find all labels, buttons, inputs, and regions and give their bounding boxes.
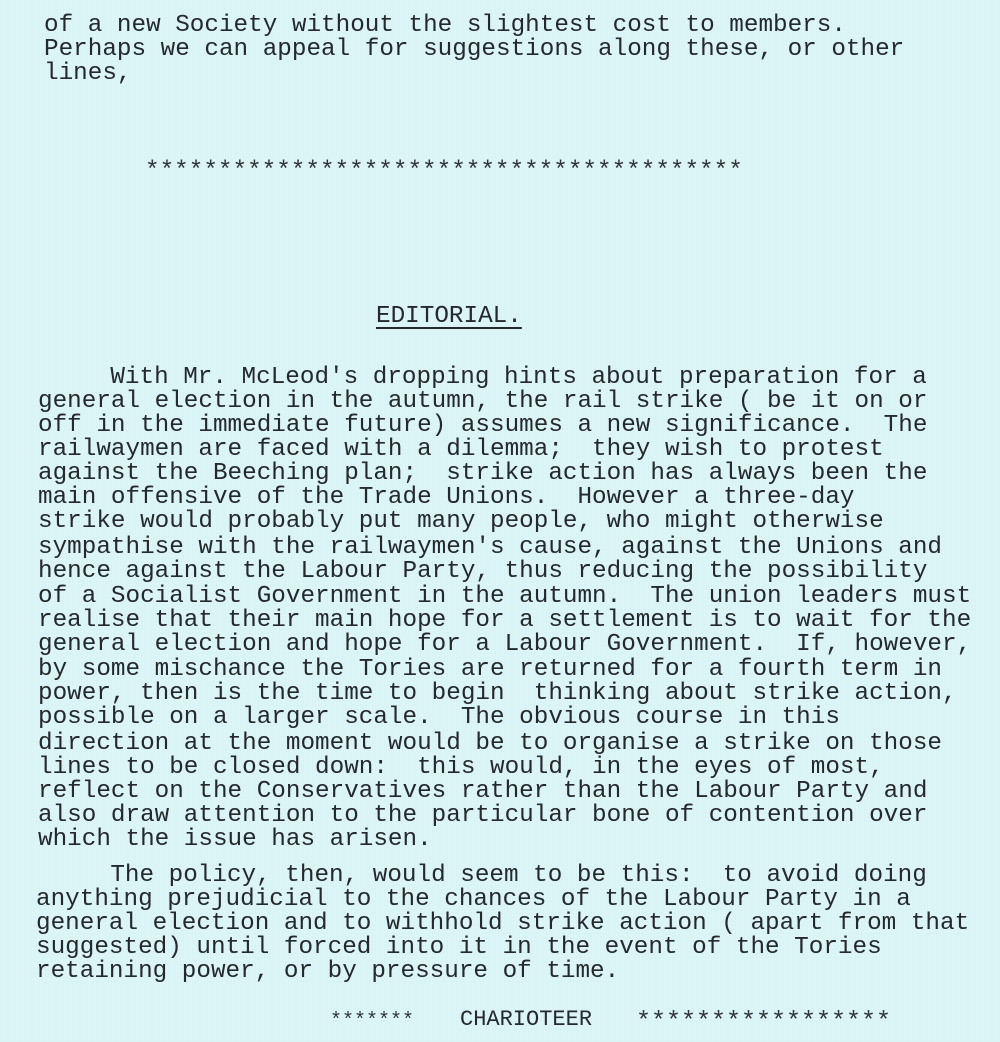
paragraph-line: With Mr. McLeod's dropping hints about p…	[52, 366, 927, 390]
paragraph-line: sympathise with the railwaymen's cause, …	[38, 536, 942, 560]
paragraph-line: strike would probably put many people, w…	[38, 510, 884, 534]
paragraph-line: suggested) until forced into it in the e…	[36, 936, 882, 960]
signoff-trailing-asterisks: *****************	[636, 1010, 891, 1034]
paragraph-line: power, then is the time to begin thinkin…	[38, 682, 957, 706]
paragraph-line: railwaymen are faced with a dilemma; the…	[38, 438, 884, 462]
paragraph-line: by some mischance the Tories are returne…	[38, 658, 942, 682]
paragraph-line: against the Beeching plan; strike action…	[38, 462, 927, 486]
paragraph-line: of a Socialist Government in the autumn.…	[38, 585, 971, 609]
editorial-title: EDITORIAL.	[376, 305, 522, 329]
paragraph-line: The policy, then, would seem to be this:…	[52, 864, 927, 888]
intro-line: of a new Society without the slightest c…	[44, 14, 846, 38]
paragraph-line: which the issue has arisen.	[38, 828, 432, 852]
intro-line: lines,	[44, 62, 131, 86]
paragraph-line: also draw attention to the particular bo…	[38, 804, 927, 828]
paragraph-line: lines to be closed down: this would, in …	[38, 756, 884, 780]
paragraph-line: anything prejudicial to the chances of t…	[36, 888, 911, 912]
paragraph-line: general election in the autumn, the rail…	[38, 390, 927, 414]
paragraph-line: general election and hope for a Labour G…	[38, 633, 971, 657]
paragraph-line: possible on a larger scale. The obvious …	[38, 706, 840, 730]
intro-line: Perhaps we can appeal for suggestions al…	[44, 38, 904, 62]
author-name: CHARIOTEER	[460, 1008, 592, 1032]
paragraph-line: hence against the Labour Party, thus red…	[38, 560, 927, 584]
paragraph-line: direction at the moment would be to orga…	[38, 732, 942, 756]
paragraph-line: retaining power, or by pressure of time.	[36, 960, 619, 984]
paragraph-line: general election and to withhold strike …	[36, 912, 969, 936]
paragraph-line: off in the immediate future) assumes a n…	[38, 414, 927, 438]
typewritten-page: of a new Society without the slightest c…	[0, 0, 1000, 1042]
separator-asterisks: ****************************************…	[145, 160, 743, 184]
paragraph-line: reflect on the Conservatives rather than…	[38, 780, 927, 804]
paragraph-line: main offensive of the Trade Unions. Howe…	[38, 486, 855, 510]
paragraph-line: realise that their main hope for a settl…	[38, 609, 971, 633]
signoff-leading-asterisks: *******	[330, 1010, 414, 1034]
